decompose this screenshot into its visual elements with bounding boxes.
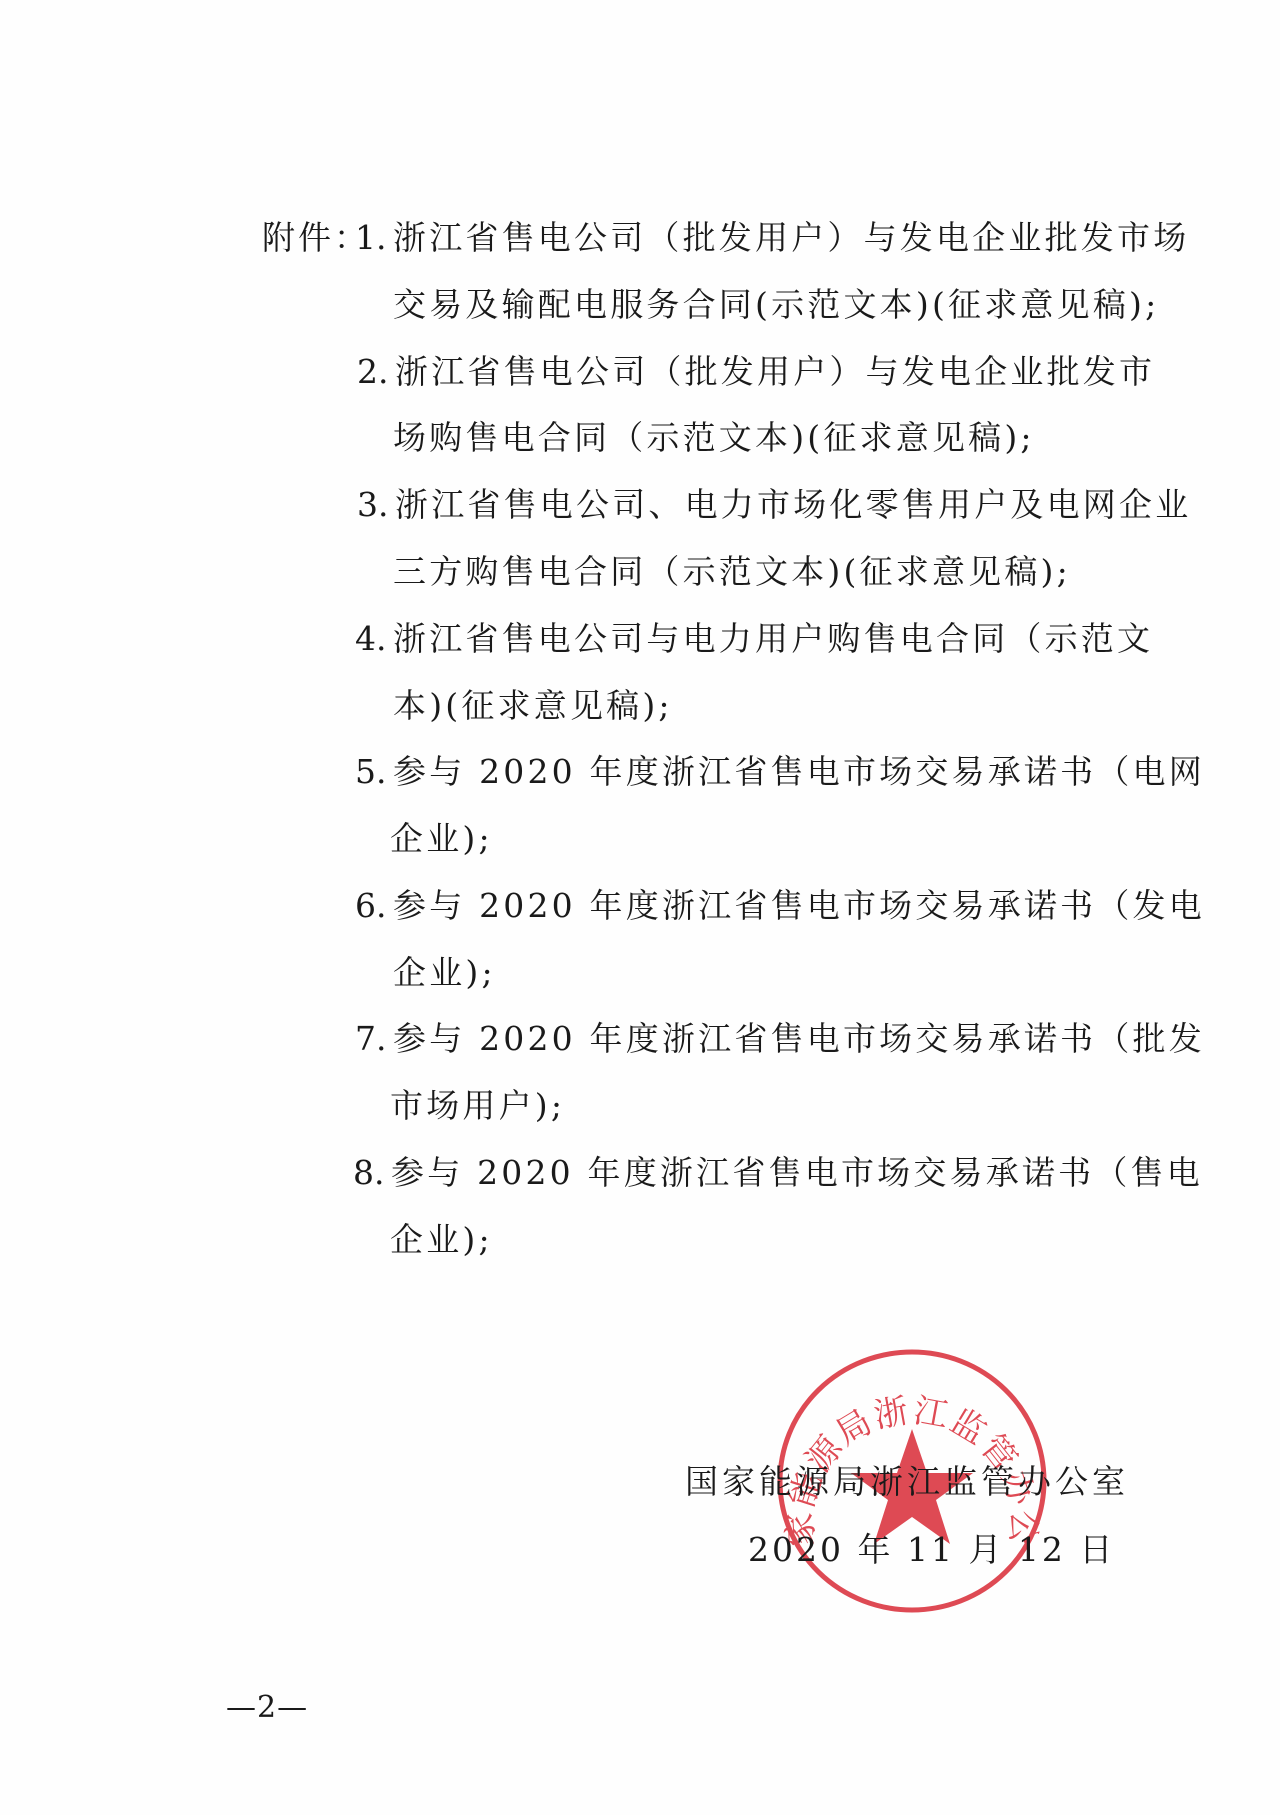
attachment-item-1-line-1: 1.浙江省售电公司（批发用户）与发电企业批发市场: [355, 218, 1189, 258]
attachment-item-8-line-1: 8.参与 2020 年度浙江省售电市场交易承诺书（售电: [353, 1153, 1203, 1193]
attachment-number: 8.: [353, 1153, 391, 1193]
signature-date: 2020 年 11 月 12 日: [748, 1530, 1115, 1570]
attachment-item-1-line-2: 交易及输配电服务合同(示范文本)(征求意见稿);: [393, 285, 1159, 325]
attachment-number: 2.: [357, 352, 395, 392]
attachment-text: 参与 2020 年度浙江省售电市场交易承诺书（发电: [393, 886, 1205, 925]
attachment-number: 7.: [355, 1019, 393, 1059]
attachment-text: 浙江省售电公司（批发用户）与发电企业批发市场: [393, 218, 1189, 257]
attachment-text: 浙江省售电公司与电力用户购售电合同（示范文: [393, 619, 1153, 658]
attachment-text: 参与 2020 年度浙江省售电市场交易承诺书（售电: [391, 1153, 1203, 1192]
attachment-item-4-line-1: 4.浙江省售电公司与电力用户购售电合同（示范文: [355, 619, 1153, 659]
attachment-item-3-line-2: 三方购售电合同（示范文本)(征求意见稿);: [393, 552, 1071, 592]
attachments-label: 附件：: [262, 218, 370, 258]
attachment-item-6-line-2: 企业);: [393, 953, 496, 993]
page-number: —2—: [226, 1690, 308, 1726]
attachment-item-4-line-2: 本)(征求意见稿);: [393, 686, 673, 726]
attachment-item-2-line-1: 2.浙江省售电公司（批发用户）与发电企业批发市: [357, 352, 1155, 392]
attachment-item-7-line-1: 7.参与 2020 年度浙江省售电市场交易承诺书（批发: [355, 1019, 1205, 1059]
attachment-item-5-line-1: 5.参与 2020 年度浙江省售电市场交易承诺书（电网: [355, 752, 1205, 792]
signature-organization: 国家能源局浙江监管办公室: [685, 1462, 1129, 1502]
attachment-number: 4.: [355, 619, 393, 659]
attachment-item-7-line-2: 市场用户);: [390, 1086, 565, 1126]
attachment-item-5-line-2: 企业);: [390, 819, 493, 859]
attachment-number: 3.: [357, 485, 395, 525]
attachment-number: 6.: [355, 886, 393, 926]
attachment-text: 浙江省售电公司、电力市场化零售用户及电网企业: [395, 485, 1191, 524]
attachment-item-2-line-2: 场购售电合同（示范文本)(征求意见稿);: [393, 418, 1035, 458]
attachment-number: 5.: [355, 752, 393, 792]
attachment-text: 参与 2020 年度浙江省售电市场交易承诺书（批发: [393, 1019, 1205, 1058]
attachment-number: 1.: [355, 218, 393, 258]
attachment-item-6-line-1: 6.参与 2020 年度浙江省售电市场交易承诺书（发电: [355, 886, 1205, 926]
attachment-item-3-line-1: 3.浙江省售电公司、电力市场化零售用户及电网企业: [357, 485, 1191, 525]
attachment-text: 浙江省售电公司（批发用户）与发电企业批发市: [395, 352, 1155, 391]
document-page: 附件： 1.浙江省售电公司（批发用户）与发电企业批发市场 交易及输配电服务合同(…: [0, 0, 1280, 1815]
attachment-text: 参与 2020 年度浙江省售电市场交易承诺书（电网: [393, 752, 1205, 791]
attachment-item-8-line-2: 企业);: [390, 1220, 493, 1260]
